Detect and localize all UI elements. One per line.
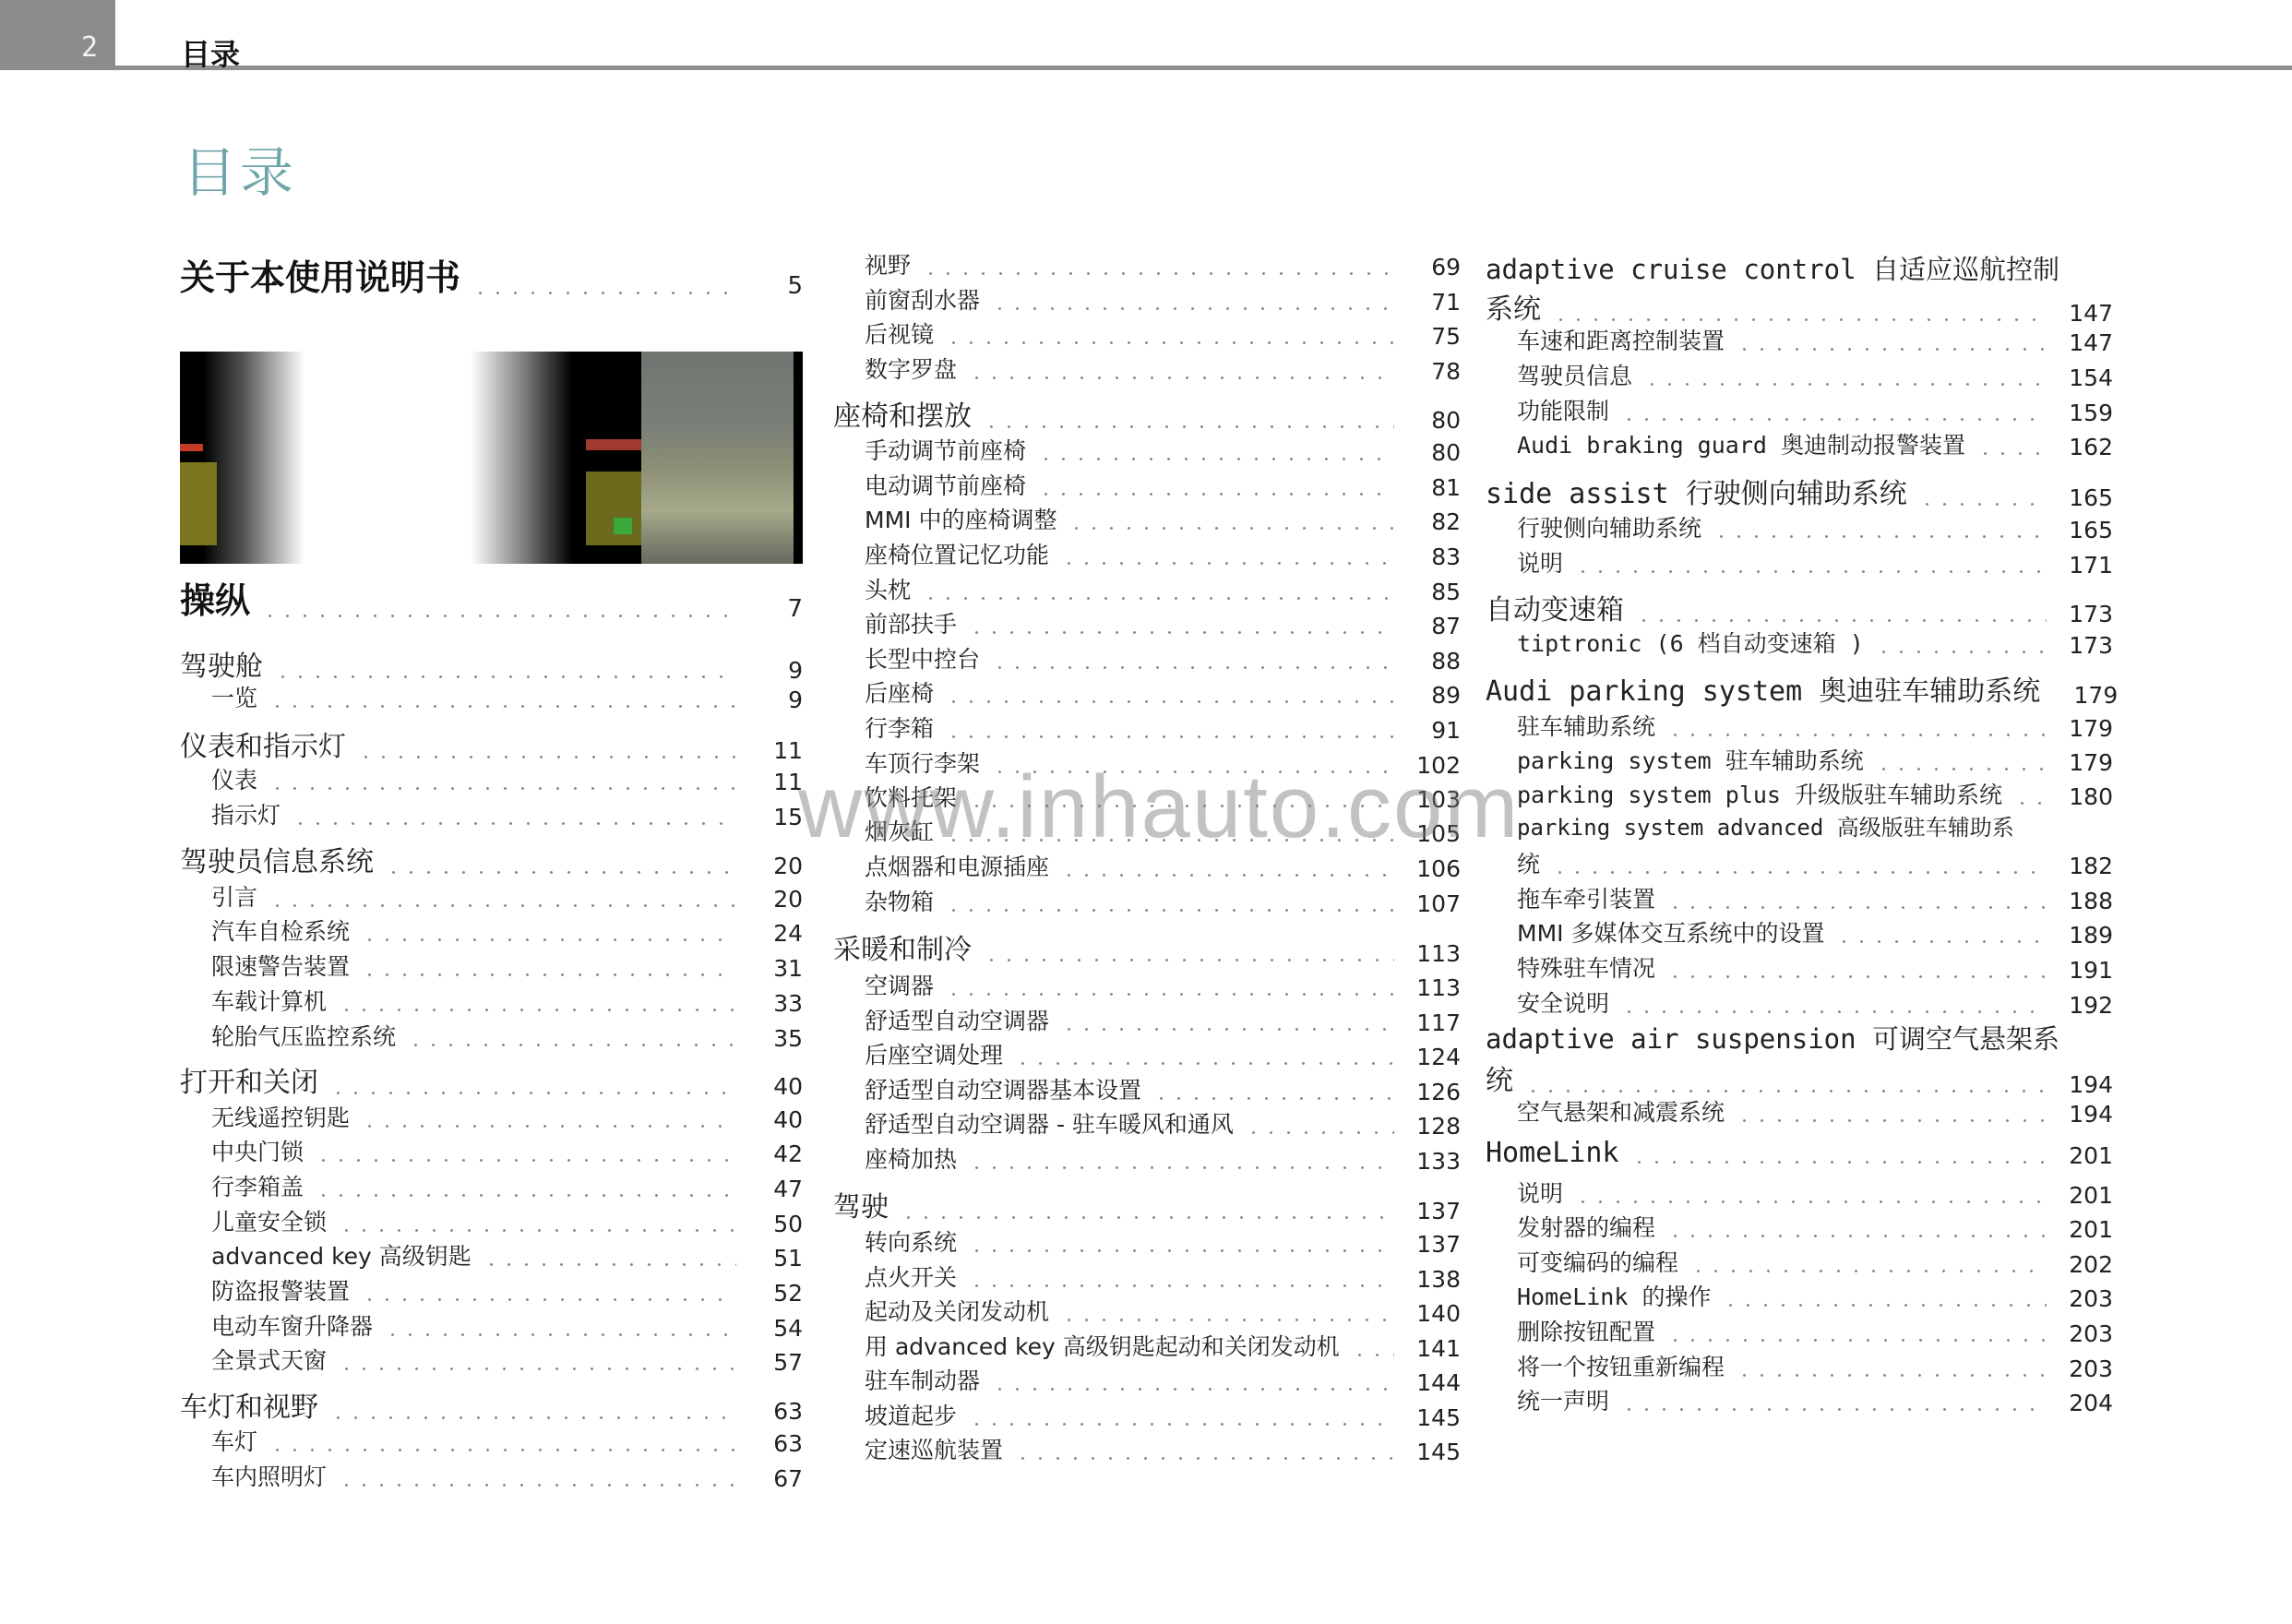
leader-dots [1666, 906, 2047, 909]
leader-dots [338, 1367, 736, 1370]
leader-dots [384, 1333, 736, 1336]
toc-entry[interactable]: 删除按钮配置203 [1486, 1314, 2113, 1347]
toc-entry-page: 31 [747, 955, 803, 982]
toc-entry-page: 145 [1405, 1404, 1461, 1431]
toc-entry-page: 9 [747, 687, 803, 713]
toc-entry-label: 转向系统 [833, 1224, 957, 1258]
toc-entry-page: 88 [1405, 648, 1461, 675]
toc-entry-page: 67 [747, 1465, 803, 1492]
toc-entry-page: 140 [1405, 1300, 1461, 1327]
toc-entry-page: 71 [1405, 289, 1461, 316]
toc-entry-page: 105 [1405, 820, 1461, 847]
leader-dots [269, 705, 736, 708]
toc-entry-label: 系统 [1486, 286, 1541, 327]
toc-entry[interactable]: 指示灯15 [180, 797, 803, 830]
toc-entry[interactable]: 舒适型自动空调器 - 驻车暖风和通风128 [833, 1106, 1461, 1140]
toc-entry[interactable]: 饮料托架103 [833, 780, 1461, 813]
leader-dots [968, 1249, 1394, 1252]
toc-entry-label: 舒适型自动空调器基本设置 [833, 1072, 1141, 1105]
toc-entry-label: 长型中控台 [833, 641, 980, 675]
toc-entry[interactable]: 驾驶舱9 [180, 643, 803, 684]
toc-entry-label-line1[interactable]: parking system advanced 高级版驻车辅助系 [1517, 809, 2014, 842]
toc-entry-page: 113 [1405, 940, 1461, 967]
toc-entry[interactable]: 电动调节前座椅81 [833, 468, 1461, 501]
page-number-tab [0, 0, 115, 70]
toc-entry-page: 165 [2058, 517, 2113, 543]
toc-entry-label: 限速警告装置 [180, 949, 350, 982]
leader-dots [1635, 619, 2047, 622]
leader-dots [1620, 1408, 2047, 1411]
toc-entry-label: 后视镜 [833, 316, 934, 350]
leader-dots [991, 770, 1394, 773]
leader-dots [1722, 1304, 2047, 1307]
photo-detail [180, 462, 217, 545]
toc-entry-label: 坡道起步 [833, 1398, 957, 1431]
toc-entry[interactable]: 用 advanced key 高级钥匙起动和关闭发动机141 [833, 1329, 1461, 1362]
toc-entry[interactable]: MMI 多媒体交互系统中的设置189 [1486, 915, 2113, 949]
page-number: 2 [81, 31, 98, 64]
leader-dots [357, 756, 736, 758]
toc-entry-label: 空调器 [833, 968, 934, 1001]
leader-dots [1551, 871, 2047, 874]
toc-entry-page: 165 [2058, 484, 2113, 511]
leader-dots [1713, 535, 2047, 538]
leader-dots [991, 307, 1394, 310]
leader-dots [1060, 1028, 1394, 1031]
toc-entry-page: 179 [2062, 682, 2118, 709]
leader-dots [269, 787, 736, 790]
toc-entry-page: 203 [2058, 1355, 2113, 1382]
toc-entry-label: 烟灰缸 [833, 814, 934, 847]
toc-entry-page: 42 [747, 1140, 803, 1167]
toc-entry-label: 中央门锁 [180, 1134, 304, 1167]
toc-entry-label-line1[interactable]: adaptive air suspension 可调空气悬架系 [1486, 1019, 2059, 1057]
leader-dots [1666, 1339, 2047, 1342]
toc-entry-label: 电动调节前座椅 [833, 468, 1026, 501]
toc-entry[interactable]: 行驶侧向辅助系统165 [1486, 510, 2113, 543]
toc-entry[interactable]: 后座空调处理124 [833, 1037, 1461, 1070]
toc-entry[interactable]: Audi braking guard 奥迪制动报警装置162 [1486, 427, 2113, 460]
toc-entry[interactable]: 烟灰缸105 [833, 814, 1461, 847]
toc-entry-page: 173 [2058, 632, 2113, 659]
toc-entry[interactable]: 发射器的编程201 [1486, 1210, 2113, 1243]
leader-dots [922, 597, 1394, 600]
photo-display-area [641, 352, 794, 564]
toc-entry-label: 特殊驻车情况 [1486, 950, 1655, 984]
toc-entry-label: 行李箱盖 [180, 1169, 304, 1202]
toc-entry-label: 后座椅 [833, 675, 934, 709]
toc-entry-page: 35 [747, 1025, 803, 1052]
toc-entry-label: 起动及关闭发动机 [833, 1294, 1049, 1327]
toc-entry[interactable]: Audi parking system 奥迪驻车辅助系统179 [1486, 668, 2113, 709]
toc-entry-page: 52 [747, 1280, 803, 1307]
toc-entry[interactable]: 车内照明灯67 [180, 1459, 803, 1492]
toc-entry-page: 54 [747, 1315, 803, 1342]
leader-dots [407, 1044, 736, 1046]
toc-entry[interactable]: 空气悬架和减震系统194 [1486, 1094, 2113, 1128]
toc-entry-label-line1[interactable]: adaptive cruise control 自适应巡航控制 [1486, 249, 2059, 287]
toc-entry-page: 83 [1405, 543, 1461, 570]
leader-dots [1574, 1200, 2047, 1203]
toc-entry-page: 113 [1405, 974, 1461, 1001]
toc-entry[interactable]: 车灯63 [180, 1424, 803, 1457]
toc-entry-page: 191 [2058, 957, 2113, 984]
toc-entry-page: 82 [1405, 508, 1461, 535]
toc-entry[interactable]: 可变编码的编程202 [1486, 1245, 2113, 1278]
leader-dots [269, 904, 736, 907]
leader-dots [361, 1298, 736, 1301]
toc-entry-page: 117 [1405, 1009, 1461, 1036]
toc-entry-page: 102 [1405, 752, 1461, 779]
leader-dots [1736, 348, 2047, 351]
toc-entry[interactable]: 无线遥控钥匙40 [180, 1100, 803, 1133]
toc-entry[interactable]: 全景式天窗57 [180, 1343, 803, 1376]
photo-fade-left [203, 352, 304, 564]
toc-entry[interactable]: 仪表和指示灯11 [180, 723, 803, 764]
photo-detail [180, 444, 203, 451]
toc-part-operation[interactable]: 操纵 7 [180, 572, 803, 623]
toc-entry-page: 182 [2058, 853, 2113, 879]
leader-dots [1689, 1270, 2047, 1272]
toc-entry-label: 视野 [833, 247, 911, 281]
leader-dots [1666, 1235, 2047, 1237]
toc-entry-label: 前窗刮水器 [833, 282, 980, 316]
toc-entry-page: 194 [2058, 1101, 2113, 1128]
toc-entry-label: 驻车制动器 [833, 1363, 980, 1396]
toc-entry[interactable]: 后座椅89 [833, 675, 1461, 709]
toc-entry-label: 驾驶员信息系统 [180, 839, 374, 879]
toc-entry-label: 行李箱 [833, 710, 934, 744]
toc-entry-label: 车内照明灯 [180, 1459, 327, 1492]
toc-entry-label: 将一个按钮重新编程 [1486, 1349, 1725, 1382]
toc-entry[interactable]: 儿童安全锁50 [180, 1204, 803, 1237]
toc-entry[interactable]: 行李箱盖47 [180, 1169, 803, 1202]
toc-entry-page: 189 [2058, 922, 2113, 949]
leader-dots [1666, 975, 2047, 978]
toc-entry-page: 75 [1405, 323, 1461, 350]
leader-dots [1620, 418, 2047, 421]
toc-entry-page: 154 [2058, 364, 2113, 391]
toc-entry-page: 63 [747, 1430, 803, 1457]
toc-entry-label: 统 [1486, 846, 1540, 879]
toc-entry[interactable]: side assist 行驶侧向辅助系统165 [1486, 471, 2113, 511]
photo-detail [586, 439, 641, 450]
toc-entry-page: 5 [747, 272, 803, 300]
toc-entry-page: 201 [2058, 1216, 2113, 1243]
toc-entry-page: 11 [747, 769, 803, 795]
leader-dots [983, 425, 1394, 428]
toc-entry[interactable]: 坡道起步145 [833, 1398, 1461, 1431]
toc-entry-label: 防盗报警装置 [180, 1273, 350, 1307]
toc-entry-page: 202 [2058, 1251, 2113, 1278]
toc-entry-label: 引言 [180, 879, 257, 913]
leader-dots [1152, 1097, 1394, 1100]
toc-entry-page: 40 [747, 1106, 803, 1133]
toc-entry-page: 87 [1405, 613, 1461, 639]
toc-entry-page: 15 [747, 804, 803, 830]
cockpit-photo [180, 352, 803, 564]
toc-entry-label: 驻车辅助系统 [1486, 709, 1655, 742]
leader-dots [1060, 1319, 1394, 1321]
toc-entry-page: 24 [747, 920, 803, 947]
leader-dots [945, 839, 1394, 842]
leader-dots [968, 631, 1394, 634]
toc-entry-label: 汽车自检系统 [180, 913, 350, 947]
leader-dots [1736, 1119, 2047, 1122]
toc-entry[interactable]: 说明201 [1486, 1176, 2113, 1209]
toc-entry[interactable]: 前窗刮水器71 [833, 282, 1461, 316]
toc-entry-label: 儿童安全锁 [180, 1204, 327, 1237]
toc-entry[interactable]: 统182 [1486, 846, 2113, 879]
leader-dots [361, 938, 736, 941]
toc-entry-label: Audi parking system 奥迪驻车辅助系统 [1486, 668, 2040, 709]
leader-dots [991, 1388, 1394, 1391]
leader-dots [315, 1194, 736, 1197]
toc-entry[interactable]: 座椅位置记忆功能83 [833, 537, 1461, 570]
toc-entry-page: 188 [2058, 888, 2113, 914]
toc-entry-label: 轮胎气压监控系统 [180, 1019, 396, 1052]
toc-entry-label: 操纵 [180, 572, 250, 623]
toc-column-2: 视野69 前窗刮水器71 后视镜75 数字罗盘78 座椅和摆放80 手动调节前座… [833, 0, 1461, 1624]
leader-dots [968, 376, 1394, 379]
toc-entry[interactable]: 拖车牵引装置188 [1486, 881, 2113, 914]
leader-dots [991, 666, 1394, 669]
toc-entry[interactable]: 采暖和制冷113 [833, 926, 1461, 967]
leader-dots [1524, 1090, 2047, 1093]
toc-entry-page: 179 [2058, 749, 2113, 776]
toc-entry-page: 203 [2058, 1285, 2113, 1312]
toc-entry[interactable]: 系统147 [1486, 286, 2113, 327]
toc-entry-label: 舒适型自动空调器 [833, 1003, 1049, 1036]
leader-dots [968, 1423, 1394, 1426]
toc-entry[interactable]: 引言20 [180, 879, 803, 913]
toc-entry-label: 座椅和摆放 [833, 393, 972, 434]
toc-entry-page: 20 [747, 853, 803, 879]
toc-entry[interactable]: 自动变速箱173 [1486, 587, 2113, 627]
leader-dots [1574, 570, 2047, 573]
toc-entry[interactable]: 电动车窗升降器54 [180, 1308, 803, 1342]
toc-entry-page: 7 [747, 595, 803, 623]
toc-entry-label: 仪表 [180, 762, 257, 795]
toc-entry-label: 发射器的编程 [1486, 1210, 1655, 1243]
toc-entry-label: HomeLink [1486, 1137, 1619, 1169]
toc-entry[interactable]: HomeLink 的操作203 [1486, 1279, 2113, 1312]
toc-entry-page: 173 [2058, 601, 2113, 627]
toc-entry-page: 91 [1405, 717, 1461, 744]
toc-entry-page: 89 [1405, 682, 1461, 709]
toc-entry[interactable]: 说明171 [1486, 545, 2113, 579]
toc-entry[interactable]: 后视镜75 [833, 316, 1461, 350]
toc-entry[interactable]: 杂物箱107 [833, 884, 1461, 917]
toc-entry-label: 车灯 [180, 1424, 257, 1457]
leader-dots [361, 1125, 736, 1128]
toc-entry[interactable]: 点烟器和电源插座106 [833, 849, 1461, 882]
toc-entry-page: 11 [747, 737, 803, 764]
toc-entry-page: 69 [1405, 254, 1461, 281]
toc-entry[interactable]: 车灯和视野63 [180, 1384, 803, 1425]
toc-entry[interactable]: 轮胎气压监控系统35 [180, 1019, 803, 1052]
toc-entry-label: 空气悬架和减震系统 [1486, 1094, 1725, 1128]
toc-entry-page: 180 [2058, 783, 2113, 810]
toc-entry-page: 137 [1405, 1231, 1461, 1258]
leader-dots [329, 1416, 736, 1419]
toc-entry-page: 78 [1405, 358, 1461, 385]
toc-entry[interactable]: 定速巡航装置145 [833, 1432, 1461, 1465]
toc-entry[interactable]: 防盗报警装置52 [180, 1273, 803, 1307]
leader-dots [922, 272, 1394, 275]
toc-entry-label: side assist 行驶侧向辅助系统 [1486, 471, 1907, 511]
leader-dots [338, 1229, 736, 1232]
toc-entry[interactable]: 车速和距离控制装置147 [1486, 323, 2113, 356]
leader-dots [1736, 1374, 2047, 1377]
leader-dots [269, 1449, 736, 1451]
leader-dots [968, 1284, 1394, 1287]
toc-entry[interactable]: 长型中控台88 [833, 641, 1461, 675]
leader-dots [1552, 318, 2047, 321]
toc-entry[interactable]: 安全说明192 [1486, 985, 2113, 1019]
leader-dots [968, 805, 1394, 807]
toc-entry-label: 手动调节前座椅 [833, 433, 1026, 466]
toc-entry[interactable]: 统一声明204 [1486, 1383, 2113, 1416]
toc-entry-label: 说明 [1486, 1176, 1563, 1209]
toc-entry-label: 舒适型自动空调器 - 驻车暖风和通风 [833, 1106, 1234, 1140]
toc-entry[interactable]: 转向系统137 [833, 1224, 1461, 1258]
toc-entry[interactable]: HomeLink201 [1486, 1137, 2113, 1169]
toc-entry[interactable]: 驾驶137 [833, 1184, 1461, 1224]
toc-entry-page: 137 [1405, 1198, 1461, 1224]
leader-dots [329, 1092, 736, 1094]
toc-entry-page: 126 [1405, 1079, 1461, 1105]
toc-entry-page: 57 [747, 1349, 803, 1376]
toc-entry[interactable]: 中央门锁42 [180, 1134, 803, 1167]
toc-entry[interactable]: 舒适型自动空调器基本设置126 [833, 1072, 1461, 1105]
toc-entry-page: 204 [2058, 1390, 2113, 1416]
toc-entry[interactable]: parking system 驻车辅助系统179 [1486, 743, 2113, 776]
toc-entry-label: 功能限制 [1486, 393, 1609, 426]
leader-dots [900, 1216, 1394, 1219]
toc-entry-label: 自动变速箱 [1486, 587, 1624, 627]
leader-dots [1666, 734, 2047, 736]
toc-entry-label: parking system plus 升级版驻车辅助系统 [1486, 777, 2002, 810]
toc-entry-label: 车载计算机 [180, 984, 327, 1017]
toc-entry-label: 车速和距离控制装置 [1486, 323, 1725, 356]
leader-dots [945, 909, 1394, 912]
leader-dots [983, 959, 1394, 961]
toc-entry-label: 打开和关闭 [180, 1059, 318, 1100]
toc-entry-page: 106 [1405, 855, 1461, 882]
toc-entry[interactable]: 汽车自检系统24 [180, 913, 803, 947]
toc-column-3: adaptive cruise control 自适应巡航控制 系统147 车速… [1486, 0, 2113, 1624]
toc-entry[interactable]: 功能限制159 [1486, 393, 2113, 426]
toc-entry-intro[interactable]: 关于本使用说明书 5 [180, 249, 803, 300]
toc-entry[interactable]: 车顶行李架102 [833, 746, 1461, 779]
toc-entry[interactable]: 数字罗盘78 [833, 352, 1461, 385]
toc-entry-label: Audi braking guard 奥迪制动报警装置 [1486, 427, 1965, 460]
leader-dots [261, 615, 736, 617]
toc-entry-page: 144 [1405, 1369, 1461, 1396]
toc-entry-label: 仪表和指示灯 [180, 723, 346, 764]
toc-entry[interactable]: 仪表11 [180, 762, 803, 795]
photo-fade-right [471, 352, 572, 564]
toc-entry-label: 指示灯 [180, 797, 281, 830]
toc-entry[interactable]: 特殊驻车情况191 [1486, 950, 2113, 984]
toc-entry-page: 201 [2058, 1142, 2113, 1169]
toc-entry-label: MMI 多媒体交互系统中的设置 [1486, 915, 1824, 949]
toc-entry-page: 63 [747, 1398, 803, 1425]
toc-entry[interactable]: parking system plus 升级版驻车辅助系统180 [1486, 777, 2113, 810]
toc-entry[interactable]: 一览9 [180, 680, 803, 713]
leader-dots [1245, 1131, 1394, 1134]
leader-dots [1620, 1010, 2047, 1013]
toc-entry[interactable]: 打开和关闭40 [180, 1059, 803, 1100]
toc-entry[interactable]: 前部扶手87 [833, 606, 1461, 639]
leader-dots [483, 1263, 736, 1266]
leader-dots [1068, 527, 1394, 530]
leader-dots [1014, 1457, 1394, 1460]
toc-entry[interactable]: advanced key 高级钥匙51 [180, 1238, 803, 1272]
toc-entry-label: 头枕 [833, 572, 911, 605]
leader-dots [2013, 802, 2047, 805]
toc-entry-label: 驾驶 [833, 1184, 889, 1224]
toc-entry[interactable]: tiptronic (6 档自动变速箱 )173 [1486, 626, 2113, 659]
toc-entry-label: 驾驶舱 [180, 643, 263, 684]
toc-entry[interactable]: 行李箱91 [833, 710, 1461, 744]
photo-edge [794, 352, 803, 564]
leader-dots [1976, 452, 2047, 455]
toc-entry[interactable]: 驻车制动器144 [833, 1363, 1461, 1396]
toc-entry[interactable]: 空调器113 [833, 968, 1461, 1001]
toc-entry[interactable]: 头枕85 [833, 572, 1461, 605]
toc-entry[interactable]: 舒适型自动空调器117 [833, 1003, 1461, 1036]
toc-entry-label: 统 [1486, 1057, 1513, 1098]
toc-entry-label: 统一声明 [1486, 1383, 1609, 1416]
toc-entry[interactable]: 座椅和摆放80 [833, 393, 1461, 434]
toc-entry[interactable]: 点火开关138 [833, 1260, 1461, 1293]
toc-entry[interactable]: 视野69 [833, 247, 1461, 281]
toc-entry-page: 50 [747, 1211, 803, 1237]
toc-entry[interactable]: 将一个按钮重新编程203 [1486, 1349, 2113, 1382]
toc-entry-label: 杂物箱 [833, 884, 934, 917]
leader-dots [1060, 874, 1394, 877]
toc-entry[interactable]: 统194 [1486, 1057, 2113, 1098]
toc-entry[interactable]: 车载计算机33 [180, 984, 803, 1017]
toc-entry-page: 171 [2058, 552, 2113, 579]
photo-detail [586, 472, 641, 545]
toc-entry[interactable]: 起动及关闭发动机140 [833, 1294, 1461, 1327]
toc-entry[interactable]: 座椅加热133 [833, 1141, 1461, 1175]
toc-entry-page: 85 [1405, 579, 1461, 605]
toc-entry-label: 无线遥控钥匙 [180, 1100, 350, 1133]
leader-dots [274, 675, 736, 678]
toc-entry-page: 47 [747, 1176, 803, 1202]
toc-entry[interactable]: MMI 中的座椅调整82 [833, 502, 1461, 535]
toc-entry-label: 安全说明 [1486, 985, 1609, 1019]
toc-entry-label: 车灯和视野 [180, 1384, 318, 1425]
toc-entry[interactable]: 驾驶员信息系统20 [180, 839, 803, 879]
toc-entry[interactable]: 驻车辅助系统179 [1486, 709, 2113, 742]
toc-entry[interactable]: 手动调节前座椅80 [833, 433, 1461, 466]
toc-entry-label: 全景式天窗 [180, 1343, 327, 1376]
toc-entry[interactable]: 驾驶员信息154 [1486, 358, 2113, 391]
leader-dots [385, 871, 736, 874]
toc-column-1: 关于本使用说明书 5 操纵 7 驾驶舱9 一览9 仪表和指示灯11 仪表11 指… [180, 0, 803, 1624]
toc-entry-label: 定速巡航装置 [833, 1432, 1003, 1465]
toc-entry-label: 点火开关 [833, 1260, 957, 1293]
leader-dots [945, 993, 1394, 996]
toc-entry-page: 80 [1405, 407, 1461, 434]
toc-entry[interactable]: 限速警告装置31 [180, 949, 803, 982]
toc-entry-page: 51 [747, 1245, 803, 1272]
